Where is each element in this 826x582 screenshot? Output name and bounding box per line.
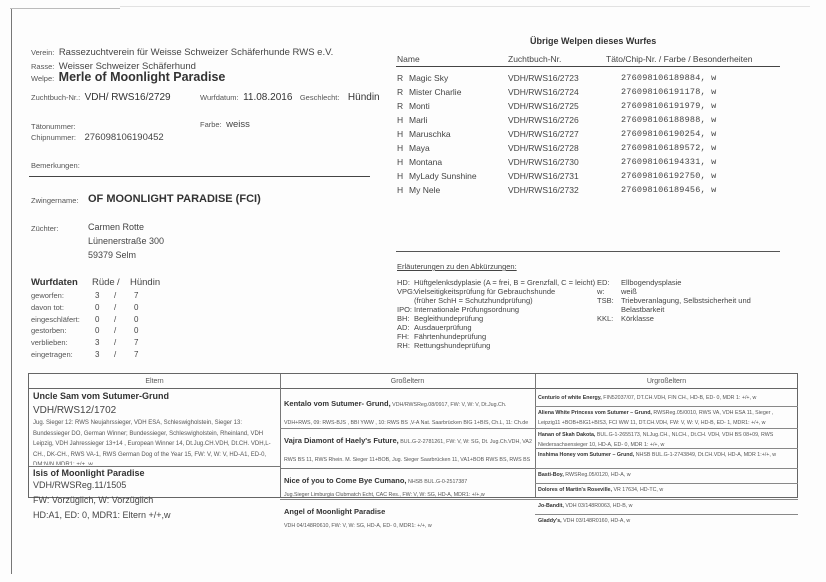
great-grandparent-cell: Inshima Honey vom Sutumer – Grund, NHSB … [538,450,793,469]
great-grandparent-details: FIN52037/07, DT.CH.VDH, FIN CH., HD-B, E… [602,395,757,401]
geschlecht-label: Geschlecht: [300,93,340,102]
dam-reg: VDH/RWSReg.11/1505 [33,478,277,493]
great-grandparent-cell: Basti-Boy, RWSReg.05/0120, HD-A, w [538,470,793,484]
farbe-value: weiss [226,119,250,130]
abbreviation-item: Belastbarkeit [597,305,751,314]
sibling-chip: 276098106188988, w [621,115,716,125]
abbreviations-left: HD:Hüftgelenksdyplasie (A = frei, B = Gr… [397,278,595,350]
dam-name: Isis of Moonlight Paradise [33,468,277,478]
sire-reg: VDH/RWS12/1702 [33,405,277,416]
sibling-reg: VDH/RWS16/2732 [508,185,579,195]
sibling-sex: H [397,185,403,195]
litter-title: Wurfdaten [31,277,78,288]
litter-row-female: 0 [134,315,138,324]
remarks-label: Bemerkungen: [31,161,80,170]
litter-row-label: gestorben: [31,326,66,335]
abbreviation-key: TSB: [597,296,621,305]
sibling-sex: R [397,101,403,111]
litter-col-female: Hündin [130,277,160,288]
kennel-name: OF MOONLIGHT PARADISE (FCI) [88,193,261,205]
pedigree-table: Eltern Großeltern Urgroßeltern Uncle Sam… [28,373,798,498]
great-grandparent-details: VDH 03/148R0160, HD-A, w [562,518,631,524]
litter-row-female: 0 [134,303,138,312]
abbreviation-key: w: [597,287,621,296]
page-edge-top [10,8,120,9]
abbreviation-text: (früher SchH = Schutzhundprüfung) [414,296,533,305]
sire-details: Jug. Sieger 12: RWS Neujahrssieger, VDH … [33,418,277,465]
grandparent-name: Vajra Diamont of Haely's Future, [284,436,399,445]
grandparent-reg: NHSB BUL.G-0-2517387 [407,479,468,485]
dam-line1: FW: Vorzüglich, W: Vorzüglich [33,493,277,508]
chip-value: 276098106190452 [84,132,163,143]
grandparent-cell: Vajra Diamont of Haely's Future, BUL.G-2… [284,430,532,468]
litter-col-male: Rüde [92,277,115,288]
abbreviation-text: Rettungshundeprüfung [414,341,490,350]
litter-row-label: eingeschläfert: [31,315,80,324]
sibling-sex: H [397,129,403,139]
abbreviation-key: KKL: [597,314,621,323]
row-divider [280,468,535,469]
sibling-name: Montana [409,157,442,167]
litter-row-female: 7 [134,291,138,300]
grandparent-cell: Kentalo vom Sutumer- Grund, VDH/RWSReg.0… [284,393,532,429]
zuchtbuch-value: VDH/ RWS16/2729 [85,92,171,103]
sibling-chip: 276098106189456, w [621,185,716,195]
kennel-label: Zwingername: [31,196,79,205]
breeder-street: Lünenerstraße 300 [88,234,164,248]
abbreviations-title: Erläuterungen zu den Abkürzungen: [397,262,517,271]
grandparent-details: VDH 04/148R0610, FW: V, W: SG, HD-A, ED-… [284,521,532,531]
row-divider [535,406,798,407]
sibling-chip: 276098106189572, w [621,143,716,153]
abbreviation-item: KKL:Körklasse [597,314,751,323]
abbreviation-key [397,296,414,305]
sibling-name: My Nele [409,185,440,195]
siblings-title: Übrige Welpen dieses Wurfes [530,36,656,46]
column-divider [535,374,536,497]
siblings-col-reg: Zuchtbuch-Nr. [508,54,561,64]
row-divider [535,514,798,515]
sibling-name: Maruschka [409,129,451,139]
abbreviation-text: Hüftgelenksdyplasie (A = frei, B = Grenz… [414,278,595,287]
page-edge-top-faint [120,6,810,7]
abbreviation-item: HD:Hüftgelenksdyplasie (A = frei, B = Gr… [397,278,595,287]
litter-row-male: 3 [95,350,99,359]
abbreviation-item: IPO:Internationale Prüfungsordnung [397,305,595,314]
sibling-sex: R [397,73,403,83]
litter-row-label: verblieben: [31,338,68,347]
sibling-reg: VDH/RWS16/2728 [508,143,579,153]
column-divider [280,374,281,497]
great-grandparent-name: Dolores of Martin's Roseville, [538,487,612,493]
litter-row-sep: / [114,291,116,300]
sire-name: Uncle Sam vom Sutumer-Grund [33,391,277,401]
great-grandparent-name: Gladdy's, [538,518,562,524]
sibling-reg: VDH/RWS16/2730 [508,157,579,167]
sibling-sex: H [397,157,403,167]
sibling-sex: H [397,143,403,153]
sibling-name: MyLady Sunshine [409,171,477,181]
great-grandparent-details: RWSReg.05/0120, HD-A, w [564,472,631,478]
great-grandparent-cell: Gladdy's, VDH 03/148R0160, HD-A, w [538,516,793,530]
abbreviation-item: VPG:Vielseitigkeitsprüfung für Gebrauchs… [397,287,595,296]
sibling-reg: VDH/RWS16/2724 [508,87,579,97]
great-grandparent-name: Hanan of Skah Dakota, [538,432,595,438]
abbreviation-key: AD: [397,323,414,332]
remarks-rule [29,176,370,177]
row-divider [535,448,798,449]
great-grandparent-cell: Dolores of Martin's Roseville, VR 17634,… [538,485,793,500]
farbe-label: Farbe: [200,120,222,129]
sibling-name: Magic Sky [409,73,448,83]
grandparent-name: Angel of Moonlight Paradise [284,507,385,516]
sibling-reg: VDH/RWS16/2726 [508,115,579,125]
geschlecht-value: Hündin [348,92,380,103]
abbreviation-item: (früher SchH = Schutzhundprüfung) [397,296,595,305]
abbreviation-text: Triebveranlagung, Selbstsicherheit und [621,296,751,305]
litter-row-male: 3 [95,338,99,347]
abbreviation-key: FH: [397,332,414,341]
abbreviation-key: IPO: [397,305,414,314]
row-divider [535,468,798,469]
great-grandparent-name: Aliena White Princess vom Sutumer – Grun… [538,410,652,416]
great-grandparent-cell: Centurio of white Energy, FIN52037/07, D… [538,393,793,407]
litter-row-female: 7 [134,338,138,347]
siblings-col-name: Name [397,54,420,64]
dam-line2: HD:A1, ED: 0, MDR1: Eltern +/+,w [33,508,277,523]
abbreviations-rule [396,251,780,252]
sibling-sex: H [397,115,403,125]
row-divider [280,428,535,429]
abbreviation-key: VPG: [397,287,414,296]
abbreviation-item: FH:Fährtenhundeprüfung [397,332,595,341]
litter-row-label: davon tot: [31,303,64,312]
litter-row-male: 3 [95,291,99,300]
great-grandparent-name: Inshima Honey vom Sutumer – Grund, [538,452,634,458]
abbreviation-item: AD:Ausdauerprüfung [397,323,595,332]
abbreviation-text: Ausdauerprüfung [414,323,472,332]
breeder-city: 59379 Selm [88,248,164,262]
abbreviation-text: Fährtenhundeprüfung [414,332,486,341]
row-divider [29,466,280,467]
sibling-chip: 276098106191178, w [621,87,716,97]
abbreviation-text: Belastbarkeit [621,305,664,314]
great-grandparent-details: VDH 03/148R0063, HD-B, w [564,503,633,509]
abbreviation-text: Vielseitigkeitsprüfung für Gebrauchshund… [414,287,555,296]
sibling-chip: 276098106191979, w [621,101,716,111]
abbreviation-key: BH: [397,314,414,323]
great-grandparent-name: Basti-Boy, [538,472,564,478]
abbreviations-right: ED:Ellbogendysplasiew:weißTSB:Triebveran… [597,278,751,323]
sibling-reg: VDH/RWS16/2727 [508,129,579,139]
litter-row-male: 0 [95,303,99,312]
chip-label: Chipnummer: [31,133,76,142]
breeder-name: Carmen Rotte [88,220,164,234]
litter-row-male: 0 [95,326,99,335]
great-grandparent-name: Jo-Bandit, [538,503,564,509]
page-edge-left [11,9,12,574]
great-grandparent-name: Centurio of white Energy, [538,395,602,401]
abbreviation-item: TSB:Triebveranlagung, Selbstsicherheit u… [597,296,751,305]
great-grandparent-details: VR 17634, HD-TC, w [612,487,663,493]
litter-row-sep: / [114,338,116,347]
sibling-reg: VDH/RWS16/2725 [508,101,579,111]
great-grandparent-cell: Jo-Bandit, VDH 03/148R0063, HD-B, w [538,501,793,515]
litter-row-sep: / [114,350,116,359]
abbreviation-item: ED:Ellbogendysplasie [597,278,751,287]
pedigree-header-grandparents: Großeltern [280,374,535,389]
row-divider [280,499,535,500]
welpe-label: Welpe: [31,74,54,83]
sibling-chip: 276098106189884, w [621,73,716,83]
sibling-name: Mister Charlie [409,87,461,97]
abbreviation-text: Internationale Prüfungsordnung [414,305,519,314]
litter-row-male: 0 [95,315,99,324]
litter-row-female: 0 [134,326,138,335]
row-divider [535,499,798,500]
great-grandparent-cell: Hanan of Skah Dakota, BUL.G-1-2655173, N… [538,430,793,450]
pedigree-header-parents: Eltern [29,374,280,389]
wurfdatum-label: Wurfdatum: [200,93,239,102]
sibling-sex: H [397,171,403,181]
pedigree-header-great-grandparents: Urgroßeltern [535,374,798,389]
breeder-label: Züchter: [31,224,59,233]
sibling-chip: 276098106194331, w [621,157,716,167]
litter-row-sep: / [114,303,116,312]
abbreviation-item: BH:Begleithundeprüfung [397,314,595,323]
grandparent-name: Kentalo vom Sutumer- Grund, [284,399,391,408]
row-divider [535,428,798,429]
grandparent-name: Nice of you to Come Bye Cumano, [284,476,407,485]
abbreviation-key: ED: [597,278,621,287]
grandparent-cell: Angel of Moonlight ParadiseVDH 04/148R06… [284,501,532,531]
wurfdatum-value: 11.08.2016 [243,92,292,103]
sibling-name: Maya [409,143,430,153]
abbreviation-text: Ellbogendysplasie [621,278,681,287]
sibling-name: Monti [409,101,430,111]
row-divider [535,483,798,484]
zuchtbuch-label: Zuchtbuch-Nr.: [31,93,80,102]
breeder-address: Carmen Rotte Lünenerstraße 300 59379 Sel… [88,220,164,262]
siblings-header-rule [396,66,780,67]
sibling-reg: VDH/RWS16/2723 [508,73,579,83]
litter-col-sep: / [117,277,120,288]
litter-row-label: eingetragen: [31,350,73,359]
sibling-name: Marli [409,115,427,125]
abbreviation-text: weiß [621,287,637,296]
abbreviation-text: Begleithundeprüfung [414,314,483,323]
welpe-name: Merle of Moonlight Paradise [59,70,226,84]
great-grandparent-details: NHSB BUL.G-1-2743849, Dt.CH.VDH, HD-A, M… [634,452,776,458]
sire-cell: Uncle Sam vom Sutumer-Grund VDH/RWS12/17… [33,391,277,465]
grandparent-cell: Nice of you to Come Bye Cumano, NHSB BUL… [284,470,532,500]
sibling-sex: R [397,87,403,97]
sibling-chip: 276098106190254, w [621,129,716,139]
litter-row-sep: / [114,315,116,324]
sibling-reg: VDH/RWS16/2731 [508,171,579,181]
abbreviation-item: RH:Rettungshundeprüfung [397,341,595,350]
abbreviation-key: HD: [397,278,414,287]
great-grandparent-cell: Aliena White Princess vom Sutumer – Grun… [538,408,793,429]
litter-row-label: geworfen: [31,291,64,300]
sibling-chip: 276098106192750, w [621,171,716,181]
abbreviation-item: w:weiß [597,287,751,296]
litter-row-sep: / [114,326,116,335]
litter-row-female: 7 [134,350,138,359]
siblings-col-chip: Täto/Chip-Nr. / Farbe / Besonderheiten [606,54,752,64]
abbreviation-key: RH: [397,341,414,350]
abbreviation-key [597,305,621,314]
dam-cell: Isis of Moonlight Paradise VDH/RWSReg.11… [33,468,277,543]
abbreviation-text: Körklasse [621,314,654,323]
